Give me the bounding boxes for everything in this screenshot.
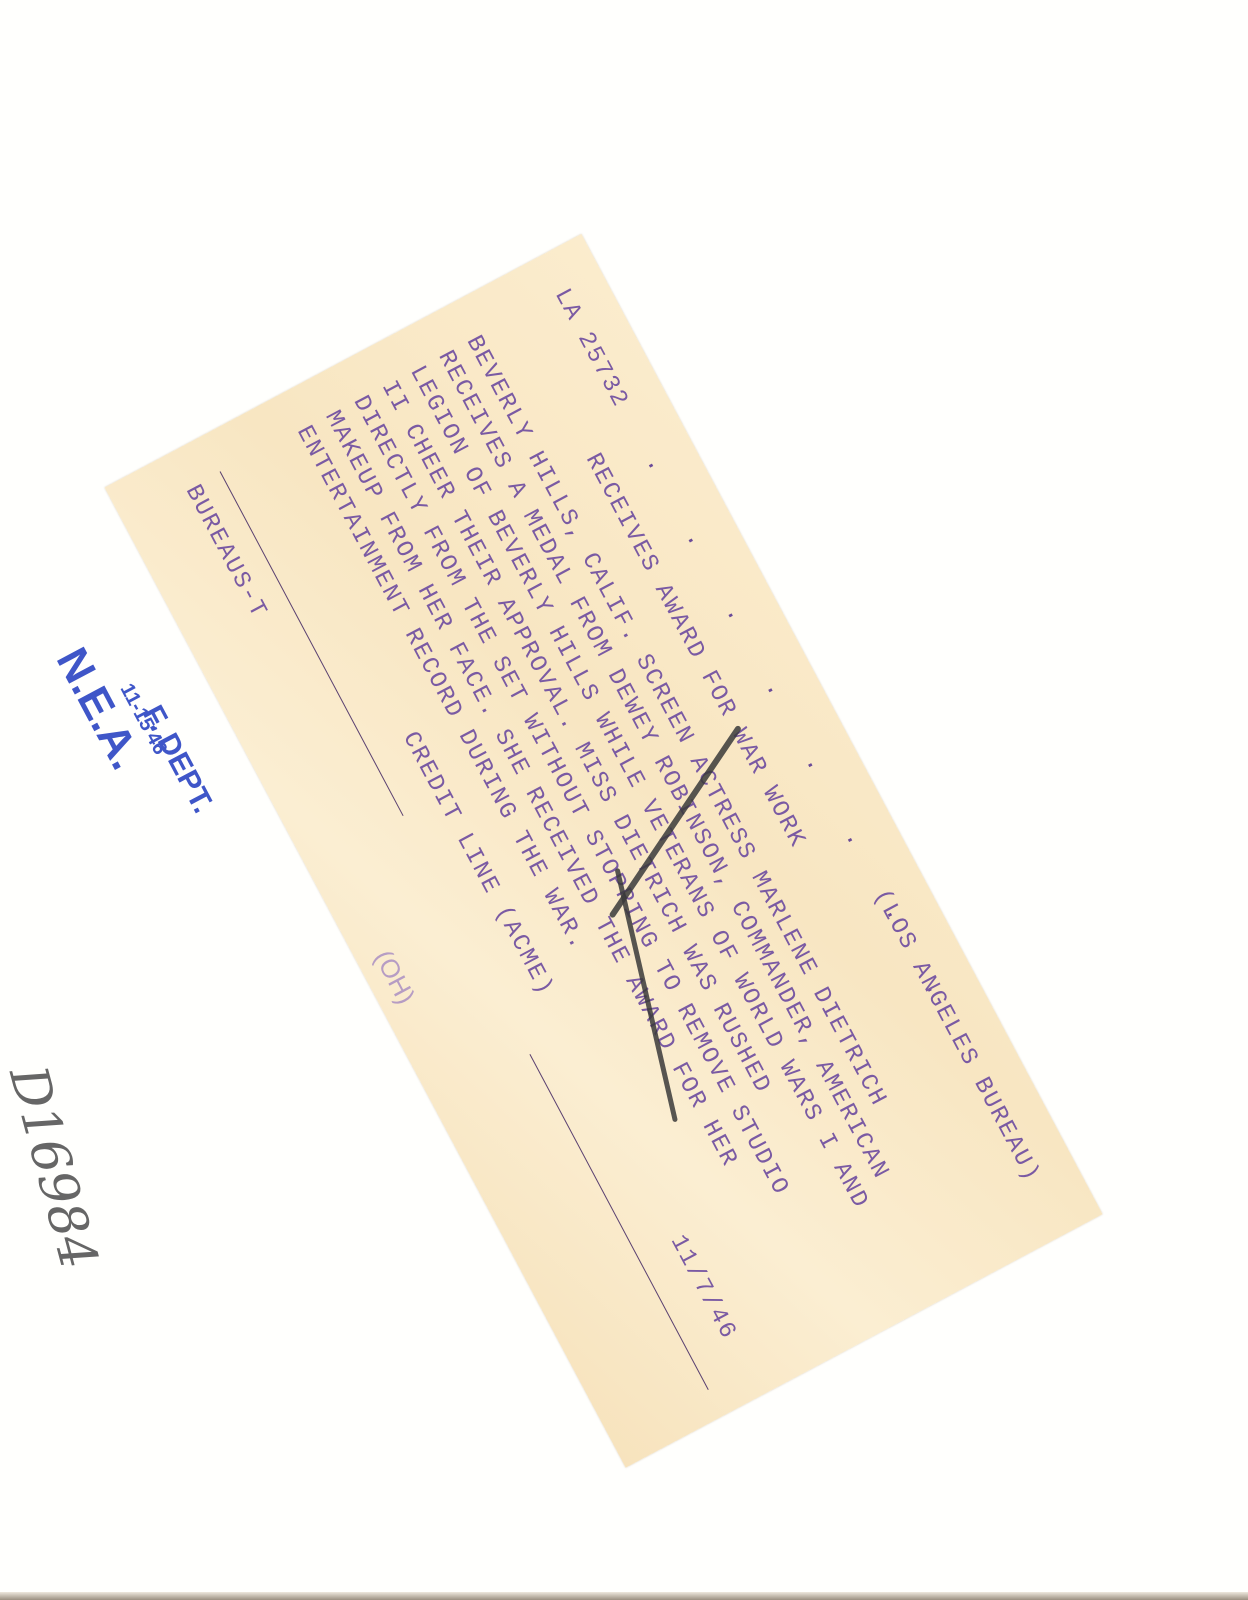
- caption-date: 11/7/46: [661, 1230, 743, 1346]
- bureau-label: (LOS ANGELES BUREAU): [865, 884, 1047, 1189]
- caption-clipping: LA 25732 . . . . . . . . (LOS ANGELES BU…: [105, 234, 1103, 1468]
- handwritten-number: D16984: [0, 1060, 109, 1276]
- body-line-3: LEGION OF BEVERLY HILLS WHILE VETERANS O…: [401, 360, 876, 1215]
- photo-edge: [0, 1592, 1248, 1600]
- distribution-code: BUREAUS-T: [176, 480, 274, 625]
- body-line-4: II CHEER THEIR APPROVAL. MISS DIETRICH W…: [372, 375, 778, 1100]
- file-number: LA 25732: [545, 283, 635, 414]
- photo-back-page: LA 25732 . . . . . . . . (LOS ANGELES BU…: [0, 0, 1248, 1600]
